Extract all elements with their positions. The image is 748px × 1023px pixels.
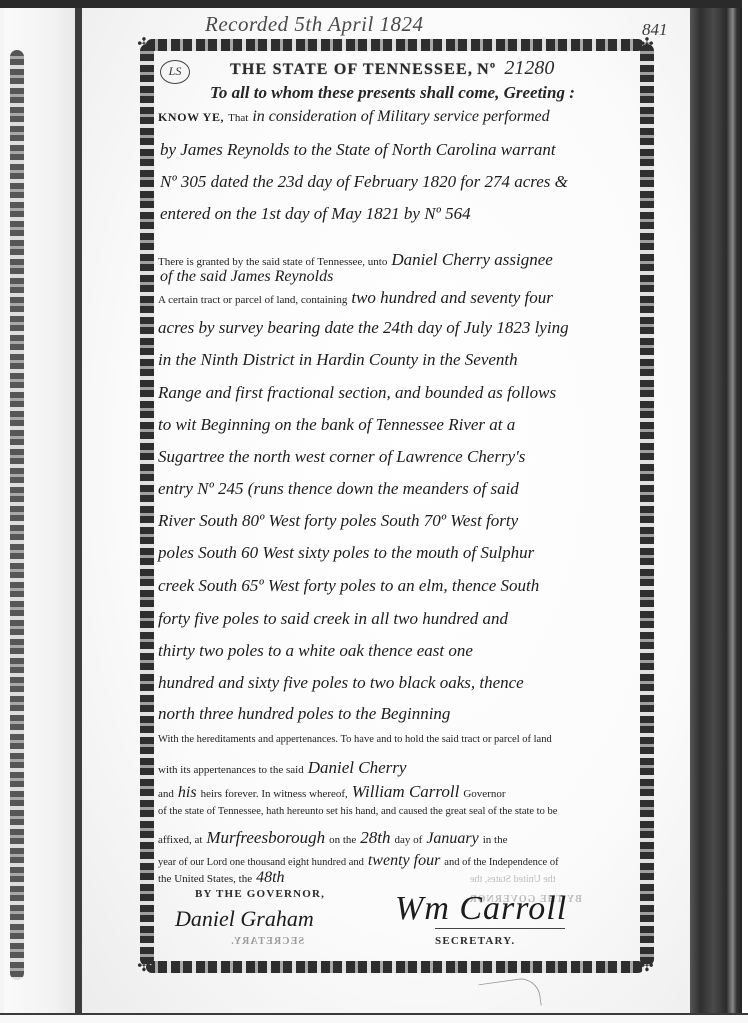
left-page-rope-border bbox=[10, 50, 24, 980]
grant-printed-intro: There is granted by the said state of Te… bbox=[158, 256, 387, 268]
closing-line-4: of the state of Tennessee, hath hereunto… bbox=[158, 806, 557, 817]
rope-border-bottom bbox=[146, 961, 644, 973]
closing-printed: with its appertenances to the said bbox=[158, 764, 304, 776]
signing-month: January bbox=[426, 830, 478, 847]
document-title: THE STATE OF TENNESSEE, bbox=[230, 61, 473, 79]
page-gutter bbox=[75, 8, 82, 1013]
closing-line-6: year of our Lord one thousand eight hund… bbox=[158, 852, 559, 870]
closing-line-3: and his heirs forever. In witness whereo… bbox=[158, 782, 505, 802]
bleedthrough-text: the United States, the bbox=[470, 874, 556, 885]
closing-printed: in the bbox=[483, 834, 508, 846]
signature-rule bbox=[435, 928, 565, 929]
corner-ornament-icon: ✣ bbox=[639, 959, 655, 975]
secretary-signature: Daniel Graham bbox=[175, 906, 314, 932]
description-line: thirty two poles to a white oak thence e… bbox=[158, 641, 473, 661]
grantee-name: Daniel Cherry assignee bbox=[391, 250, 552, 269]
closing-printed: the United States, the bbox=[158, 873, 252, 885]
description-line: in the Ninth District in Hardin County i… bbox=[158, 350, 518, 370]
place-of-signing: Murfreesborough bbox=[206, 828, 325, 847]
know-ye-label: KNOW YE, bbox=[158, 110, 224, 124]
scanned-page: ✣ ✣ ✣ ✣ Recorded 5th April 1824 841 LS T… bbox=[0, 0, 748, 1023]
closing-line-7: the United States, the 48th bbox=[158, 869, 285, 887]
signing-day: 28th bbox=[360, 828, 390, 847]
know-ye-line-3: Nº 305 dated the 23d day of February 182… bbox=[160, 172, 568, 192]
scan-right-edge bbox=[742, 0, 748, 1023]
document-title-row: THE STATE OF TENNESSEE, Nº 21280 bbox=[230, 57, 630, 81]
rope-border-right bbox=[640, 44, 654, 966]
independence-year: 48th bbox=[256, 869, 284, 886]
closing-printed: and of the Independence of bbox=[444, 857, 558, 868]
tract-acreage: two hundred and seventy four bbox=[351, 288, 552, 307]
description-line: to wit Beginning on the bank of Tennesse… bbox=[158, 415, 515, 435]
description-line: Range and first fractional section, and … bbox=[158, 383, 556, 403]
description-line: north three hundred poles to the Beginni… bbox=[158, 704, 450, 724]
number-prefix: Nº bbox=[477, 61, 496, 79]
description-line: acres by survey bearing date the 24th da… bbox=[158, 318, 569, 338]
description-line: hundred and sixty five poles to two blac… bbox=[158, 673, 524, 693]
corner-ornament-icon: ✣ bbox=[136, 37, 152, 53]
closing-line-5: affixed, at Murfreesborough on the 28th … bbox=[158, 828, 508, 848]
know-ye-line-4: entered on the 1st day of May 1821 by Nº… bbox=[160, 204, 471, 224]
know-ye-text: in consideration of Military service per… bbox=[252, 108, 549, 125]
closing-printed: on the bbox=[329, 834, 356, 846]
rope-border-left bbox=[140, 44, 154, 966]
governor-signature: Wm Carroll bbox=[395, 890, 567, 928]
closing-printed: Governor bbox=[463, 788, 505, 800]
scan-bottom-edge bbox=[0, 1013, 748, 1023]
grantee-line-2: of the said James Reynolds bbox=[160, 268, 333, 286]
closing-printed: and bbox=[158, 788, 174, 800]
description-line: poles South 60 West sixty poles to the m… bbox=[158, 543, 534, 563]
closing-line-2: with its appertenances to the said Danie… bbox=[158, 758, 406, 778]
closing-printed: year of our Lord one thousand eight hund… bbox=[158, 857, 364, 868]
closing-printed: heirs forever. In witness whereof, bbox=[201, 788, 348, 800]
description-line: River South 80º West forty poles South 7… bbox=[158, 511, 518, 531]
seal-monogram: LS bbox=[160, 60, 190, 84]
by-the-governor-label: BY THE GOVERNOR, bbox=[195, 888, 325, 900]
governor-name: William Carroll bbox=[352, 782, 460, 801]
greeting: To all to whom these presents shall come… bbox=[210, 83, 575, 103]
book-binding bbox=[690, 8, 742, 1013]
rope-border-top bbox=[146, 39, 644, 51]
tract-printed: A certain tract or parcel of land, conta… bbox=[158, 294, 347, 306]
closing-line-1: With the hereditaments and appertenances… bbox=[158, 734, 552, 745]
description-line: forty five poles to said creek in all tw… bbox=[158, 609, 508, 629]
know-ye-that: That bbox=[228, 112, 248, 124]
know-ye-line-1: KNOW YE, That in consideration of Milita… bbox=[158, 108, 550, 126]
grant-number: 21280 bbox=[504, 57, 554, 80]
recorded-note: Recorded 5th April 1824 bbox=[205, 12, 424, 37]
secretary-label: SECRETARY. bbox=[435, 935, 515, 947]
signing-year-words: twenty four bbox=[368, 852, 440, 869]
closing-printed: day of bbox=[395, 834, 423, 846]
corner-ornament-icon: ✣ bbox=[136, 959, 152, 975]
tract-line: A certain tract or parcel of land, conta… bbox=[158, 288, 553, 308]
know-ye-line-2: by James Reynolds to the State of North … bbox=[160, 140, 556, 160]
grant-clause-line: There is granted by the said state of Te… bbox=[158, 250, 553, 270]
adjacent-left-page bbox=[4, 8, 76, 1013]
bleedthrough-text: SECRETARY. bbox=[230, 936, 304, 947]
closing-printed: affixed, at bbox=[158, 834, 202, 846]
page-number: 841 bbox=[642, 20, 668, 40]
grantee-name-repeat: Daniel Cherry bbox=[308, 758, 407, 777]
pronoun-hand: his bbox=[178, 784, 197, 801]
description-line: creek South 65º West forty poles to an e… bbox=[158, 576, 539, 596]
description-line: Sugartree the north west corner of Lawre… bbox=[158, 447, 525, 467]
scan-top-shadow bbox=[0, 0, 748, 8]
description-line: entry Nº 245 (runs thence down the meand… bbox=[158, 479, 519, 499]
